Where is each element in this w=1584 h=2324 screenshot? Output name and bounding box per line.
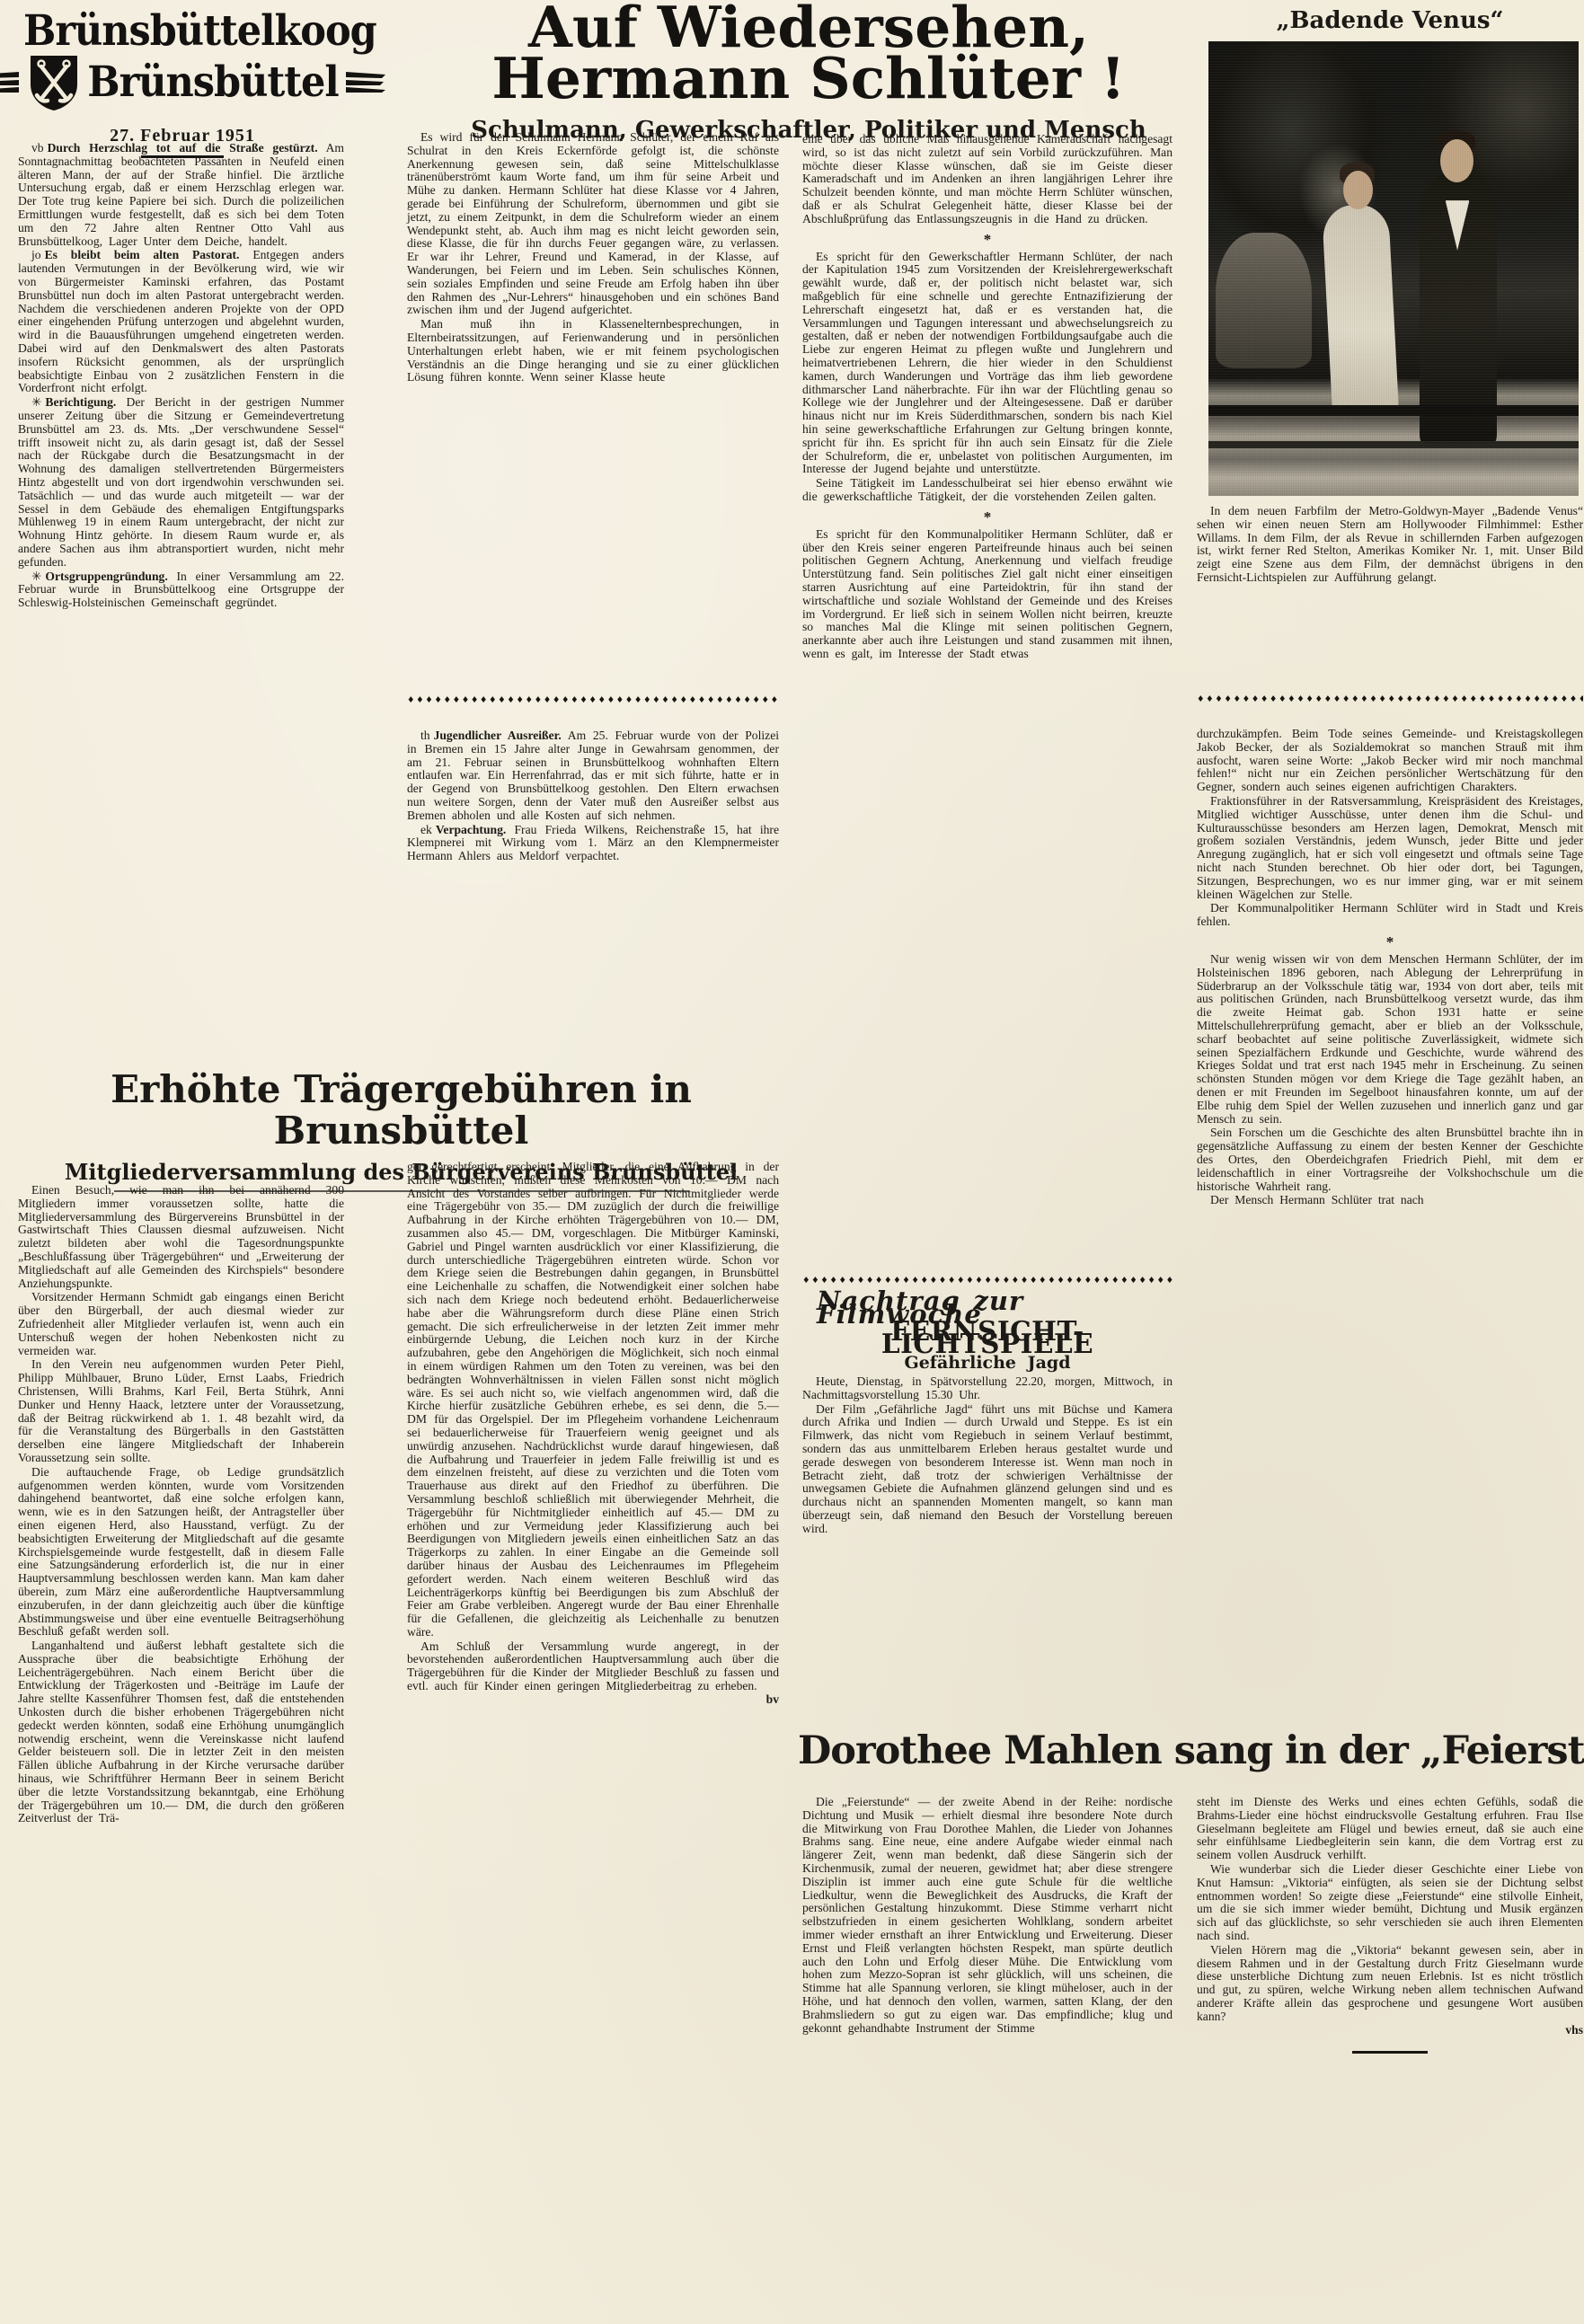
feier-headline: Dorothee Mahlen sang in der „Feierstunde… <box>798 1728 1583 1773</box>
paragraph: Man muß ihn in Klassenelternbesprechunge… <box>407 318 779 384</box>
lead-headline-block: Auf Wiedersehen, Hermann Schlüter ! Schu… <box>449 2 1168 144</box>
author-initials: bv <box>407 1693 779 1707</box>
film-still-photo <box>1208 41 1579 496</box>
brief-sig: ✳ <box>31 570 45 583</box>
photo-grain-overlay <box>1208 41 1579 496</box>
paragraph: Einen Besuch, wie man ihn bei annähernd … <box>18 1184 344 1290</box>
masthead: Brünsbüttelkoog Brünsbüttel <box>23 11 341 158</box>
star-separator: * <box>802 233 1173 246</box>
brief-sig: ✳ <box>31 395 45 409</box>
paragraph: Am Schluß der Versammlung wurde angeregt… <box>407 1640 779 1707</box>
star-separator: * <box>1197 935 1583 949</box>
paragraph: Seine Tätigkeit im Landesschulbeirat sei… <box>802 477 1173 504</box>
brief-text: Am Sonntagnachmittag beobachteten Passan… <box>18 141 344 248</box>
diamond-separator: ♦♦♦♦♦♦♦♦♦♦♦♦♦♦♦♦♦♦♦♦♦♦♦♦♦♦♦♦♦♦♦♦♦♦♦♦♦♦♦♦… <box>1197 695 1583 704</box>
masthead-title-line2: Brünsbüttel <box>87 60 338 105</box>
brief-text: Der Bericht in der gestrigen Nummer unse… <box>18 395 344 569</box>
paragraph: Es spricht für den Kommunalpolitiker Her… <box>802 528 1173 661</box>
brief-item: ✳Berichtigung. Der Bericht in der gestri… <box>18 396 344 569</box>
feier-article-col-right: steht im Dienste des Werks und eines ech… <box>1197 1796 1583 2321</box>
paragraph-text: Am Schluß der Versammlung wurde angeregt… <box>407 1639 779 1692</box>
paragraph: Die auftauchende Frage, ob Ledige grunds… <box>18 1466 344 1639</box>
lead-article-col-c: eine über das übliche Maß hinausgehende … <box>802 133 1173 1269</box>
local-briefs-col-b: thJugendlicher Ausreißer. Am 25. Februar… <box>407 729 779 864</box>
lead-article-col-b: Es wird für den Schulmann Hermann Schlüt… <box>407 131 779 385</box>
paragraph: durchzukämpfen. Beim Tode seines Gemeind… <box>1197 728 1583 794</box>
lead-article-col-right: durchzukämpfen. Beim Tode seines Gemeind… <box>1197 728 1583 1208</box>
paragraph: Es spricht für den Gewerkschaftler Herma… <box>802 251 1173 477</box>
film-notice: Nachtrag zur Filmwoche FERNSICHT-LICHTSP… <box>802 1295 1173 1537</box>
paragraph: Langanhaltend und äußerst lebhaft gestal… <box>18 1639 344 1825</box>
newspaper-page: Brünsbüttelkoog Brünsbüttel <box>0 0 1584 2324</box>
film-title: Gefährliche Jagd <box>802 1356 1173 1370</box>
paragraph: Die „Feierstunde“ — der zweite Abend in … <box>802 1796 1173 2035</box>
brief-item: ekVerpachtung. Frau Frieda Wilkens, Reic… <box>407 824 779 863</box>
brief-item: thJugendlicher Ausreißer. Am 25. Februar… <box>407 729 779 823</box>
traeger-headline: Erhöhte Trägergebühren in Brunsbüttel <box>22 1069 781 1152</box>
crossed-anchors-shield-icon <box>28 54 80 111</box>
author-initials: vhs <box>1197 2024 1583 2037</box>
paragraph: Sein Forschen um die Geschichte des alte… <box>1197 1127 1583 1193</box>
brief-text: Am 25. Februar wurde von der Polizei in … <box>407 729 779 822</box>
masthead-flourish-left-icon <box>0 71 21 94</box>
paragraph: steht im Dienste des Werks und eines ech… <box>1197 1796 1583 1862</box>
traeger-article-col-b: ger gerechtfertigt erscheint. Mitglieder… <box>407 1161 779 2302</box>
brief-title: Berichtigung. <box>45 395 116 409</box>
showtimes: Heute, Dienstag, in Spätvorstellung 22.2… <box>802 1375 1173 1402</box>
photo-caption-text: In dem neuen Farbfilm der Metro-Goldwyn-… <box>1197 505 1583 585</box>
local-briefs-col-a: vbDurch Herzschlag tot auf die Straße ge… <box>18 142 344 611</box>
brief-item: vbDurch Herzschlag tot auf die Straße ge… <box>18 142 344 248</box>
paragraph: Wie wunderbar sich die Lieder dieser Ges… <box>1197 1863 1583 1943</box>
brief-sig: th <box>420 729 434 742</box>
paragraph: In den Verein neu aufgenommen wurden Pet… <box>18 1358 344 1464</box>
paragraph: Vielen Hörern mag die „Viktoria“ bekannt… <box>1197 1944 1583 2037</box>
brief-title: Verpachtung. <box>436 823 506 836</box>
star-separator: * <box>802 510 1173 524</box>
brief-text: Entgegen anders lautenden Vermutungen in… <box>18 248 344 394</box>
paragraph: Nur wenig wissen wir von dem Menschen He… <box>1197 953 1583 1126</box>
diamond-separator: ♦♦♦♦♦♦♦♦♦♦♦♦♦♦♦♦♦♦♦♦♦♦♦♦♦♦♦♦♦♦♦♦♦♦♦♦♦♦♦♦… <box>802 1277 1173 1286</box>
brief-item: joEs bleibt beim alten Pastorat. Entgege… <box>18 249 344 395</box>
brief-title: Es bleibt beim alten Pastorat. <box>45 248 240 261</box>
brief-title: Durch Herzschlag tot auf die Straße gest… <box>48 141 318 155</box>
paragraph: ger gerechtfertigt erscheint. Mitglieder… <box>407 1161 779 1639</box>
paragraph: Es wird für den Schulmann Hermann Schlüt… <box>407 131 779 317</box>
paragraph: Der Kommunalpolitiker Hermann Schlüter w… <box>1197 902 1583 929</box>
paragraph-text: Vielen Hörern mag die „Viktoria“ bekannt… <box>1197 1943 1583 2023</box>
lead-headline-line2: Hermann Schlüter ! <box>449 53 1168 104</box>
feier-article-col-left: Die „Feierstunde“ — der zweite Abend in … <box>802 1796 1173 2321</box>
brief-sig: jo <box>31 248 45 261</box>
masthead-title-line1: Brünsbüttelkoog <box>23 9 341 54</box>
paragraph: Vorsitzender Hermann Schmidt gab eingang… <box>18 1291 344 1357</box>
article-end-rule <box>1352 2051 1428 2054</box>
brief-item: ✳Ortsgruppengründung. In einer Versammlu… <box>18 570 344 610</box>
brief-title: Jugendlicher Ausreißer. <box>434 729 562 742</box>
brief-title: Ortsgruppengründung. <box>45 570 167 583</box>
photo-caption: In dem neuen Farbfilm der Metro-Goldwyn-… <box>1197 505 1583 586</box>
traeger-article-col-a: Einen Besuch, wie man ihn bei annähernd … <box>18 1184 344 2311</box>
venus-heading: „Badende Venus“ <box>1197 7 1583 34</box>
paragraph: eine über das übliche Maß hinausgehende … <box>802 133 1173 226</box>
paragraph: Fraktionsführer in der Ratsversammlung, … <box>1197 795 1583 901</box>
paragraph: Der Film „Gefährliche Jagd“ führt uns mi… <box>802 1403 1173 1536</box>
brief-sig: ek <box>420 823 436 836</box>
masthead-flourish-right-icon <box>344 71 385 94</box>
paragraph: Der Mensch Hermann Schlüter trat nach <box>1197 1194 1583 1207</box>
diamond-separator: ♦♦♦♦♦♦♦♦♦♦♦♦♦♦♦♦♦♦♦♦♦♦♦♦♦♦♦♦♦♦♦♦♦♦♦♦♦♦♦♦… <box>407 696 779 705</box>
brief-sig: vb <box>31 141 48 155</box>
